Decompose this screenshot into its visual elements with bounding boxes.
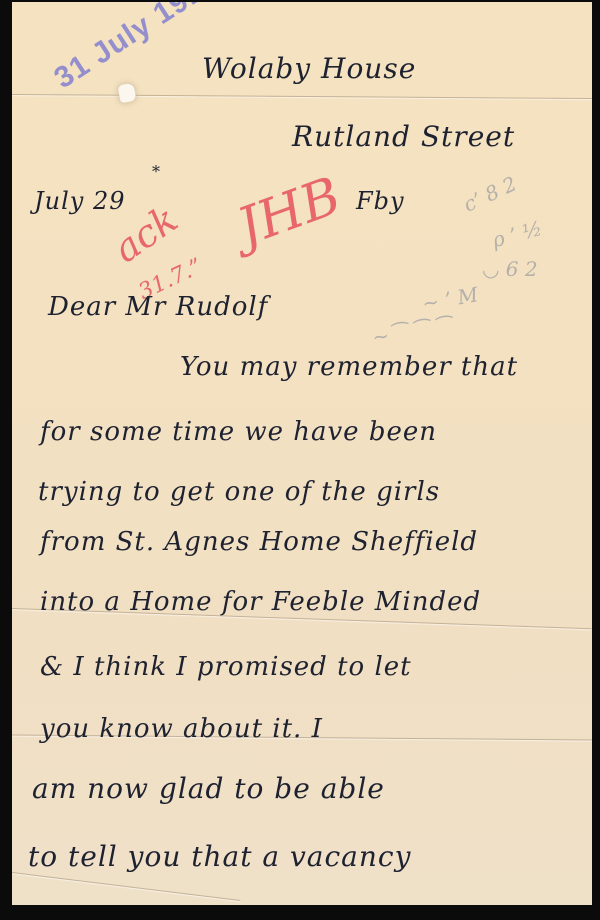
pencil-shorthand: ◡ 6 2 (482, 257, 538, 281)
date-stamp: 31 July 1911 (48, 2, 223, 96)
body-line: for some time we have been (40, 417, 437, 447)
body-line: You may remember that (180, 352, 518, 382)
punch-hole (118, 83, 137, 104)
fold-crease (12, 872, 240, 901)
date-asterisk: * (152, 162, 161, 181)
body-line: & I think I promised to let (40, 652, 412, 682)
salutation: Dear Mr Rudolf (48, 292, 268, 322)
body-line: from St. Agnes Home Sheffield (40, 527, 478, 557)
fold-crease (12, 94, 592, 99)
body-line: into a Home for Feeble Minded (40, 587, 481, 617)
body-line: trying to get one of the girls (38, 477, 440, 507)
pencil-shorthand: ~⁀ ⁀ ⁀ (371, 315, 451, 350)
body-line: to tell you that a vacancy (28, 840, 411, 873)
letter-paper: 31 July 1911 Wolaby House Rutland Street… (12, 2, 592, 905)
address-line-1: Wolaby House (202, 52, 416, 85)
address-line-2: Rutland Street (292, 120, 515, 153)
pencil-shorthand: ~ ’ M (420, 282, 480, 315)
date-left: July 29 (34, 187, 125, 215)
pencil-shorthand: ρ ’ ½ (490, 216, 545, 252)
pencil-shorthand: c’ 8 2 (460, 171, 521, 216)
date-right: Fby (356, 187, 405, 215)
red-annotation-initials: JHB (230, 166, 349, 258)
body-line: am now glad to be able (32, 772, 385, 805)
body-line: you know about it. I (40, 714, 323, 744)
